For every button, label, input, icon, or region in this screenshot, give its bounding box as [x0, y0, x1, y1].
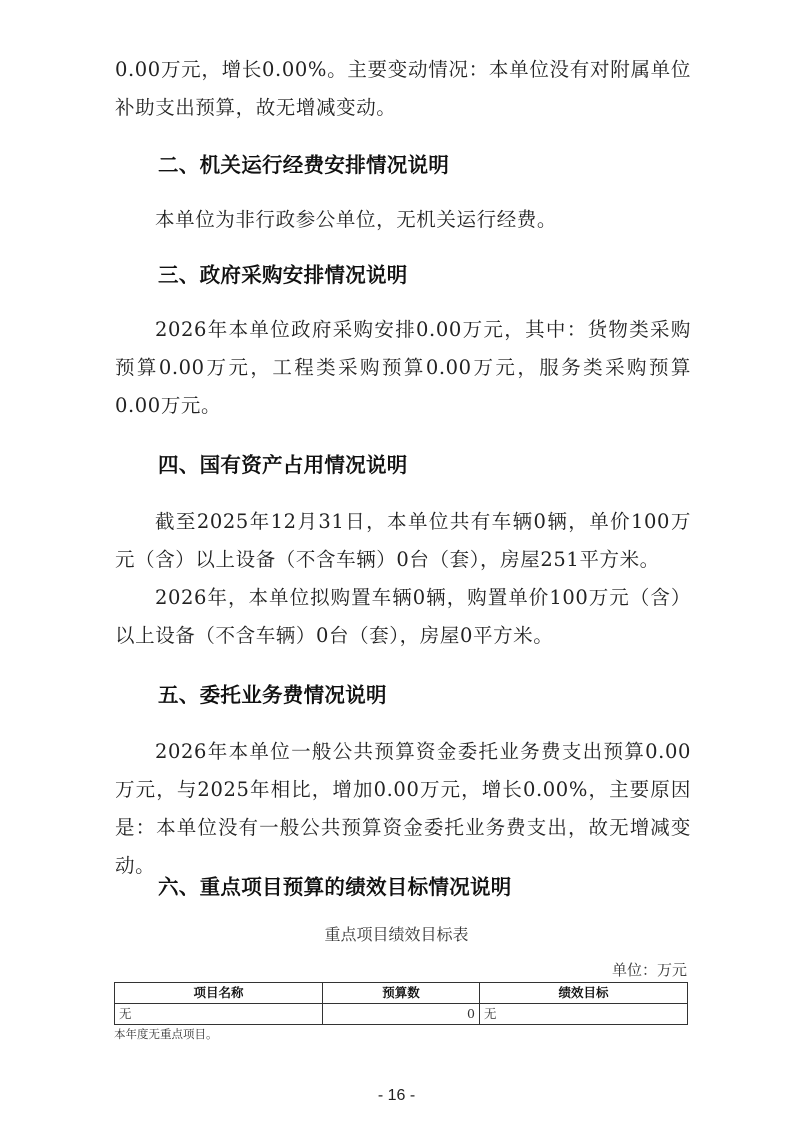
section-heading-2: 二、机关运行经费安排情况说明: [158, 150, 449, 180]
continuation-paragraph: 0.00万元，增长0.00%。主要变动情况：本单位没有对附属单位补助支出预算，故…: [115, 51, 691, 127]
table-title: 重点项目绩效目标表: [0, 922, 793, 945]
table-unit-label: 单位：万元: [612, 959, 687, 980]
page-number: - 16 -: [0, 1087, 793, 1105]
column-header-project-name: 项目名称: [115, 983, 323, 1004]
section-3-paragraph: 2026年本单位政府采购安排0.00万元，其中：货物类采购预算0.00万元，工程…: [115, 311, 691, 425]
table-row: 无 0 无: [115, 1004, 688, 1025]
section-heading-6: 六、重点项目预算的绩效目标情况说明: [158, 872, 512, 902]
section-4-paragraph-2: 2026年，本单位拟购置车辆0辆，购置单价100万元（含）以上设备（不含车辆）0…: [115, 579, 691, 655]
column-header-performance-goal: 绩效目标: [480, 983, 688, 1004]
section-5-paragraph: 2026年本单位一般公共预算资金委托业务费支出预算0.00万元，与2025年相比…: [115, 733, 691, 885]
section-heading-4: 四、国有资产占用情况说明: [158, 450, 408, 480]
column-header-budget: 预算数: [323, 983, 480, 1004]
document-page: 0.00万元，增长0.00%。主要变动情况：本单位没有对附属单位补助支出预算，故…: [0, 0, 793, 1122]
section-4-paragraph-1: 截至2025年12月31日，本单位共有车辆0辆，单价100万元（含）以上设备（不…: [115, 503, 691, 579]
table-note: 本年度无重点项目。: [114, 1026, 218, 1042]
cell-budget: 0: [323, 1004, 480, 1025]
section-heading-5: 五、委托业务费情况说明: [158, 680, 387, 710]
section-2-paragraph: 本单位为非行政参公单位，无机关运行经费。: [115, 201, 691, 239]
cell-performance-goal: 无: [480, 1004, 688, 1025]
section-heading-3: 三、政府采购安排情况说明: [158, 260, 408, 290]
table-header-row: 项目名称 预算数 绩效目标: [115, 983, 688, 1004]
key-project-performance-table: 项目名称 预算数 绩效目标 无 0 无: [114, 982, 688, 1025]
cell-project-name: 无: [115, 1004, 323, 1025]
